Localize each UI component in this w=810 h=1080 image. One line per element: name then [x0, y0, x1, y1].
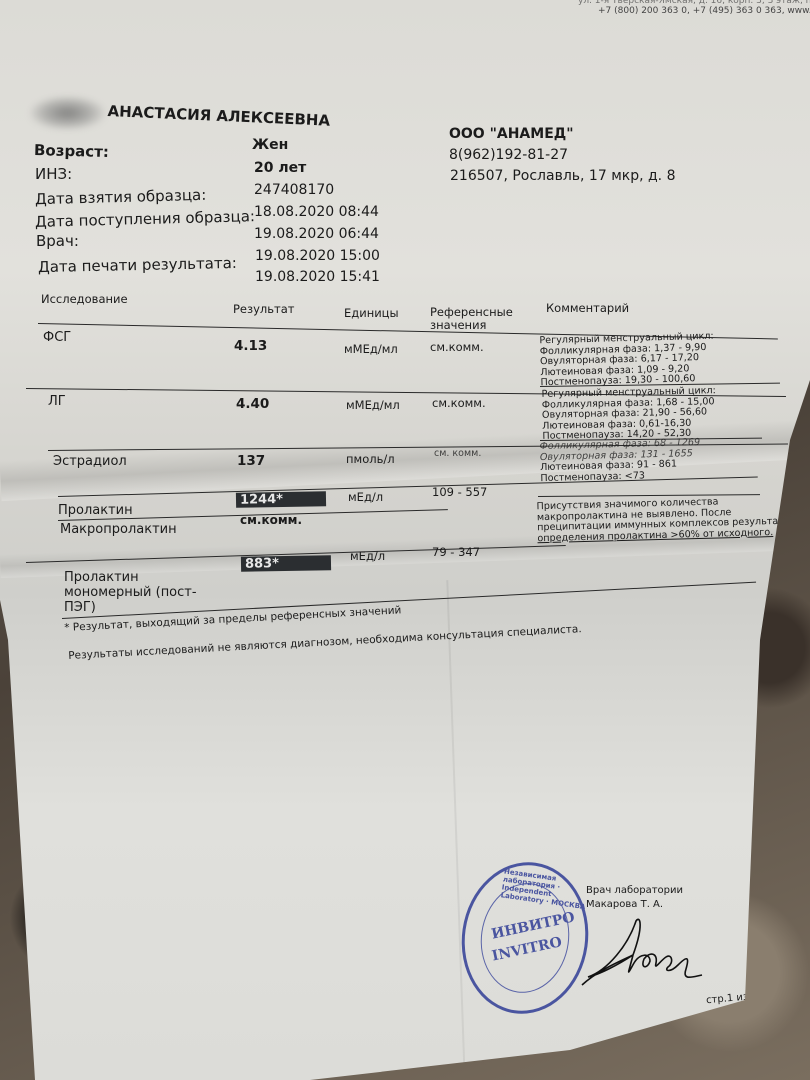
- test-result: 4.13: [234, 338, 267, 354]
- test-comment: Регулярный менструальный цикл: Фолликуля…: [541, 386, 716, 442]
- test-name: ФСГ: [43, 330, 71, 345]
- col-header-reference: Референсные значения: [430, 306, 510, 332]
- age-value: 20 лет: [254, 160, 306, 176]
- test-reference: см.комм.: [430, 340, 484, 354]
- test-reference: 109 - 557: [432, 485, 487, 499]
- flagged-result: 1244*: [236, 491, 326, 508]
- test-units: пмоль/л: [346, 452, 395, 466]
- redacted-surname: [30, 96, 105, 130]
- inz-label: ИНЗ:: [35, 165, 72, 183]
- sex-value: Жен: [252, 137, 288, 153]
- col-header-units: Единицы: [344, 306, 399, 320]
- paper-fold: [446, 580, 465, 1080]
- test-name: Пролактин мономерный (пост- ПЭГ): [64, 570, 197, 615]
- age-label: Возраст:: [34, 141, 109, 161]
- sample-date-label: Дата взятия образца:: [35, 186, 207, 208]
- col-header-test: Исследование: [41, 292, 128, 306]
- print-date-label: Дата печати результата:: [38, 254, 237, 276]
- test-name: Пролактин: [58, 503, 133, 518]
- test-units: мЕд/л: [350, 549, 385, 563]
- test-reference: см. комм.: [434, 448, 481, 459]
- lab-contacts: +7 (800) 200 363 0, +7 (495) 363 0 363, …: [598, 6, 810, 16]
- org-name: ООО "АНАМЕД": [449, 126, 574, 142]
- receipt-date-label: Дата поступления образца:: [35, 207, 255, 231]
- lab-report-sheet: ул. 1-я Тверская-Ямская, д. 16, корп. 3,…: [0, 0, 810, 1080]
- test-reference: см.комм.: [432, 396, 486, 410]
- test-units: мМЕд/мл: [344, 342, 398, 356]
- lab-doctor-name: Макарова Т. А.: [586, 899, 663, 910]
- test-comment: Фолликулярная фаза: 68 - 1269 Овуляторна…: [539, 438, 701, 484]
- invitro-stamp: Независимая лаборатория · Independent La…: [452, 854, 598, 1022]
- test-result: см.комм.: [240, 513, 302, 527]
- test-reference: 79 - 347: [432, 545, 480, 559]
- test-comment: Регулярный менструальный цикл: Фолликуля…: [539, 332, 715, 389]
- test-name: ЛГ: [48, 394, 66, 409]
- test-units: мЕд/л: [348, 490, 383, 504]
- org-phone: 8(962)192-81-27: [449, 147, 568, 163]
- org-address: 216507, Рославль, 17 мкр, д. 8: [450, 168, 675, 184]
- doctor-label: Врач:: [36, 232, 79, 250]
- col-header-comment: Комментарий: [546, 301, 629, 315]
- patient-name: АНАСТАСИЯ АЛЕКСЕЕВНА: [107, 102, 330, 130]
- sample-date-value: 18.08.2020 08:44: [254, 204, 379, 220]
- test-units: мМЕд/мл: [346, 398, 400, 412]
- doctor-value: 19.08.2020 15:00: [255, 248, 380, 264]
- flagged-result: 883*: [241, 555, 331, 572]
- lab-doctor-title: Врач лаборатории: [586, 885, 683, 896]
- test-name: Эстрадиол: [53, 454, 127, 469]
- signature-icon: [578, 915, 708, 990]
- test-result: 4.40: [236, 396, 269, 412]
- print-date-value: 19.08.2020 15:41: [255, 269, 380, 285]
- receipt-date-value: 19.08.2020 06:44: [254, 226, 379, 242]
- test-comment: Присутствия значимого количества макропр…: [536, 496, 784, 544]
- col-header-result: Результат: [233, 302, 295, 316]
- test-result: 137: [237, 453, 265, 469]
- test-name: Макропролактин: [60, 522, 177, 537]
- inz-value: 247408170: [254, 182, 334, 198]
